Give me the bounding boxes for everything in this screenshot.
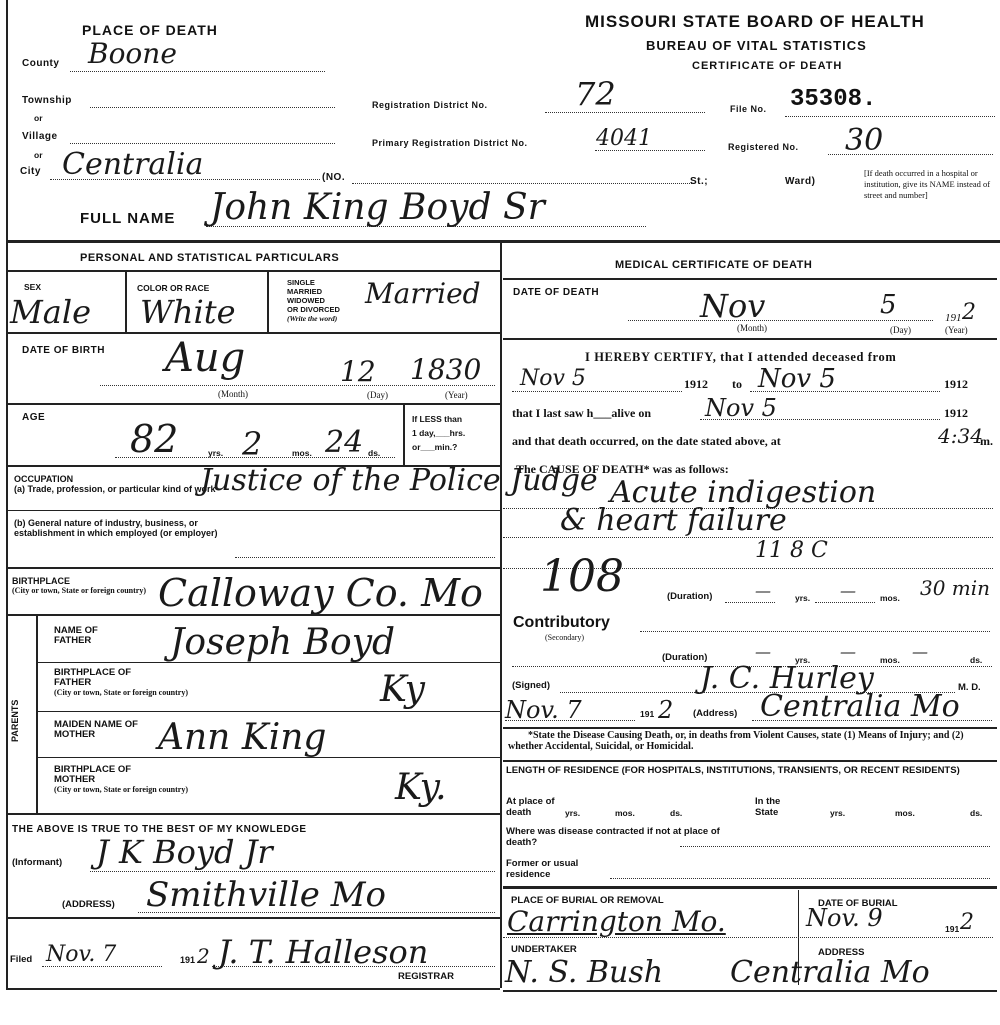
board-title: MISSOURI STATE BOARD OF HEALTH — [585, 12, 925, 32]
primary-district-label: Primary Registration District No. — [372, 138, 528, 148]
st-label: St.; — [690, 176, 708, 187]
mother-birthplace-label: BIRTHPLACE OF MOTHER (City or town, Stat… — [54, 765, 254, 795]
divider — [125, 270, 127, 332]
md-label: M. D. — [958, 683, 981, 693]
undertaker-label: UNDERTAKER — [511, 945, 577, 955]
filed-label: Filed — [10, 955, 32, 965]
occupation-b-line — [235, 557, 495, 558]
registered-no-label: Registered No. — [728, 142, 799, 152]
informant-address-label: (ADDRESS) — [62, 900, 115, 910]
informant-value[interactable]: J K Boyd Jr — [96, 836, 273, 868]
divider — [6, 988, 500, 990]
contracted-label: Where was disease contracted if not at p… — [506, 826, 736, 848]
or-label: or — [34, 113, 43, 123]
mother-birthplace-value[interactable]: Ky. — [395, 770, 447, 806]
certificate-title: CERTIFICATE OF DEATH — [692, 60, 842, 72]
registration-district-value[interactable]: 72 — [575, 78, 616, 110]
divider — [503, 760, 997, 762]
divider — [6, 813, 500, 815]
contributory-label: Contributory — [513, 614, 610, 632]
birthplace-value[interactable]: Calloway Co. Mo — [158, 574, 483, 612]
full-name-label: FULL NAME — [80, 210, 175, 227]
divider — [6, 510, 500, 511]
village-label: Village — [22, 131, 58, 142]
signed-year-suffix[interactable]: 2 — [658, 698, 673, 722]
medical-section-title: MEDICAL CERTIFICATE OF DEATH — [615, 259, 812, 271]
dod-day[interactable]: 5 — [880, 292, 897, 318]
bureau-title: BUREAU OF VITAL STATISTICS — [646, 38, 867, 53]
footnote: *State the Disease Causing Death, or, in… — [508, 730, 993, 752]
mos-label: mos. — [880, 655, 900, 665]
divider — [503, 990, 997, 992]
divider — [503, 886, 997, 889]
registrar-label: REGISTRAR — [398, 972, 454, 982]
divider — [6, 270, 500, 272]
day-caption: (Day) — [890, 325, 911, 335]
undertaker-address-value[interactable]: Centralia Mo — [730, 958, 930, 988]
ds-label: ds. — [970, 655, 982, 665]
year-caption: (Year) — [945, 325, 968, 335]
mos-label: mos. — [615, 808, 635, 818]
last-saw-text: that I last saw h___alive on — [512, 406, 651, 421]
yrs-label: yrs. — [208, 448, 223, 458]
place-of-death-title: PLACE OF DEATH — [82, 22, 218, 38]
signed-year-prefix: 191 — [640, 709, 654, 719]
certify-text: I HEREBY CERTIFY, that I attended deceas… — [585, 350, 896, 365]
attended-to-year[interactable]: 1912 — [944, 377, 968, 392]
primary-district-value[interactable]: 4041 — [596, 128, 652, 150]
yrs-label: yrs. — [830, 808, 845, 818]
last-saw-date[interactable]: Nov 5 — [705, 396, 777, 420]
age-days[interactable]: 24 — [325, 428, 363, 458]
township-line — [90, 107, 335, 108]
dod-line — [628, 320, 933, 321]
ward-label: Ward) — [785, 176, 815, 187]
mos-label: mos. — [895, 808, 915, 818]
attended-from[interactable]: Nov 5 — [520, 368, 586, 390]
personal-section-title: PERSONAL AND STATISTICAL PARTICULARS — [80, 252, 339, 264]
race-value[interactable]: White — [140, 296, 236, 328]
divider — [6, 332, 500, 334]
father-birthplace-label: BIRTHPLACE OF FATHER (City or town, Stat… — [54, 668, 254, 698]
physician-address[interactable]: Centralia Mo — [760, 692, 960, 722]
year-caption: (Year) — [445, 390, 468, 400]
city-label: City — [20, 166, 41, 177]
contrib-duration-mos[interactable]: — — [840, 644, 856, 660]
informant-address-value[interactable]: Smithville Mo — [146, 878, 386, 912]
divider — [6, 240, 1000, 243]
at-place-label: At place of death — [506, 796, 566, 818]
full-name-value[interactable]: John King Boyd Sr — [210, 190, 545, 226]
township-label: Township — [22, 95, 72, 106]
file-no-line — [785, 116, 995, 117]
hospital-note: [If death occurred in a hospital or inst… — [864, 168, 994, 201]
attended-from-line — [512, 391, 682, 392]
birthplace-label: BIRTHPLACE (City or town, State or forei… — [12, 576, 157, 595]
former-residence-line — [610, 878, 990, 879]
day-caption: (Day) — [367, 390, 388, 400]
filed-date[interactable]: Nov. 7 — [46, 944, 116, 966]
divider — [503, 727, 997, 729]
marital-options: SINGLE MARRIED WIDOWED OR DIVORCED (Writ… — [287, 278, 340, 323]
duration-mos[interactable]: — — [840, 583, 856, 599]
divider — [503, 278, 997, 280]
divider — [36, 662, 500, 663]
undertaker-value[interactable]: N. S. Bush — [505, 958, 663, 988]
divider — [36, 711, 500, 712]
contracted-line — [680, 846, 990, 847]
burial-line — [503, 937, 993, 938]
informant-label: (Informant) — [12, 858, 62, 868]
in-state-label: In the State — [755, 796, 800, 818]
ds-label: ds. — [368, 448, 380, 458]
father-birthplace-value[interactable]: Ky — [380, 672, 425, 708]
month-caption: (Month) — [737, 323, 767, 333]
divider — [36, 614, 38, 814]
ds-label: ds. — [970, 808, 982, 818]
attended-from-year[interactable]: 1912 — [684, 377, 708, 392]
duration-line — [815, 602, 875, 603]
divider — [403, 405, 405, 465]
duration-label: (Duration) — [667, 592, 712, 602]
county-line — [70, 71, 325, 72]
time-suffix: m. — [980, 434, 993, 449]
attended-to[interactable]: Nov 5 — [758, 366, 836, 392]
dod-label: DATE OF DEATH — [513, 287, 599, 298]
street-no-label: (NO. — [322, 172, 345, 183]
ds-label: ds. — [670, 808, 682, 818]
burial-place-value[interactable]: Carrington Mo. — [507, 908, 726, 936]
duration-yrs[interactable]: — — [755, 583, 771, 599]
divider — [503, 338, 997, 340]
street-line — [352, 183, 692, 184]
former-residence-label: Former or usual residence — [506, 858, 586, 880]
occurred-text: and that death occurred, on the date sta… — [512, 434, 781, 449]
sex-value[interactable]: Male — [10, 296, 91, 328]
occupation-label: OCCUPATION (a) Trade, profession, or par… — [14, 474, 224, 494]
last-saw-year[interactable]: 1912 — [944, 406, 968, 421]
race-label: COLOR OR RACE — [137, 283, 209, 293]
dob-year[interactable]: 1830 — [410, 356, 481, 384]
dod-month[interactable]: Nov — [700, 290, 765, 322]
burial-year-suffix[interactable]: 2 — [960, 912, 974, 934]
divider — [6, 614, 500, 616]
divider — [6, 917, 500, 919]
registration-district-line — [545, 112, 705, 113]
address-label: (Address) — [693, 709, 737, 719]
occupation-b-label: (b) General nature of industry, business… — [14, 518, 239, 538]
mother-name-label: MAIDEN NAME OF MOTHER — [54, 720, 154, 740]
divider — [6, 403, 500, 405]
file-no-label: File No. — [730, 104, 767, 114]
mos-label: mos. — [880, 593, 900, 603]
cause-code: 108 — [540, 555, 624, 599]
registration-district-label: Registration District No. — [372, 100, 488, 110]
contrib-duration-yrs[interactable]: — — [755, 644, 771, 660]
father-name-label: NAME OF FATHER — [54, 626, 134, 646]
contributory-line — [640, 631, 990, 632]
registrar-signature[interactable]: J. T. Halleson — [218, 936, 428, 968]
dob-day[interactable]: 12 — [340, 358, 376, 386]
cause-annotation: 11 8 C — [755, 540, 828, 562]
secondary-caption: (Secondary) — [545, 633, 584, 642]
file-no-value: 35308. — [790, 86, 876, 113]
divider — [267, 270, 269, 332]
parents-label: PARENTS — [10, 700, 20, 742]
sex-label: SEX — [24, 282, 41, 292]
yrs-label: yrs. — [565, 808, 580, 818]
divider — [36, 757, 500, 758]
county-label: County — [22, 58, 59, 69]
father-name-value[interactable]: Joseph Boyd — [170, 625, 395, 661]
if-less-note: If LESS than 1 day,___hrs. or___min.? — [412, 412, 465, 454]
city-value[interactable]: Centralia — [62, 150, 203, 180]
signed-date[interactable]: Nov. 7 — [505, 698, 582, 722]
burial-year-prefix: 191 — [945, 924, 959, 934]
marital-value[interactable]: Married — [365, 280, 481, 308]
dob-label: DATE OF BIRTH — [22, 345, 105, 356]
age-label: AGE — [22, 412, 45, 423]
mos-label: mos. — [292, 448, 312, 458]
column-divider — [500, 243, 502, 988]
burial-date[interactable]: Nov. 9 — [806, 906, 883, 930]
or-label: or — [34, 150, 43, 160]
filed-year-prefix: 191 — [180, 955, 195, 965]
mother-name-value[interactable]: Ann King — [158, 720, 326, 756]
residence-title: LENGTH OF RESIDENCE (FOR HOSPITALS, INST… — [506, 765, 991, 776]
filed-year-suffix[interactable]: 2 — [197, 946, 210, 966]
informant-line — [90, 871, 495, 872]
yrs-label: yrs. — [795, 593, 810, 603]
county-value[interactable]: Boone — [88, 40, 177, 68]
duration-line — [725, 602, 775, 603]
contrib-duration-ds[interactable]: — — [912, 644, 928, 660]
left-border — [6, 0, 8, 990]
month-caption: (Month) — [218, 389, 248, 399]
village-line — [70, 143, 335, 144]
dob-month[interactable]: Aug — [165, 338, 245, 378]
death-time[interactable]: 4:34 — [938, 426, 983, 446]
dod-year-prefix: 191 — [945, 312, 962, 324]
cause-line-2[interactable]: & heart failure — [560, 506, 787, 536]
to-label: to — [732, 377, 742, 392]
dod-year-suffix[interactable]: 2 — [962, 302, 976, 324]
duration-value[interactable]: 30 min — [920, 578, 990, 598]
registered-no-value[interactable]: 30 — [845, 126, 883, 156]
divider — [6, 567, 500, 569]
signed-label: (Signed) — [512, 681, 550, 691]
age-years[interactable]: 82 — [130, 420, 178, 458]
age-months[interactable]: 2 — [242, 428, 262, 460]
